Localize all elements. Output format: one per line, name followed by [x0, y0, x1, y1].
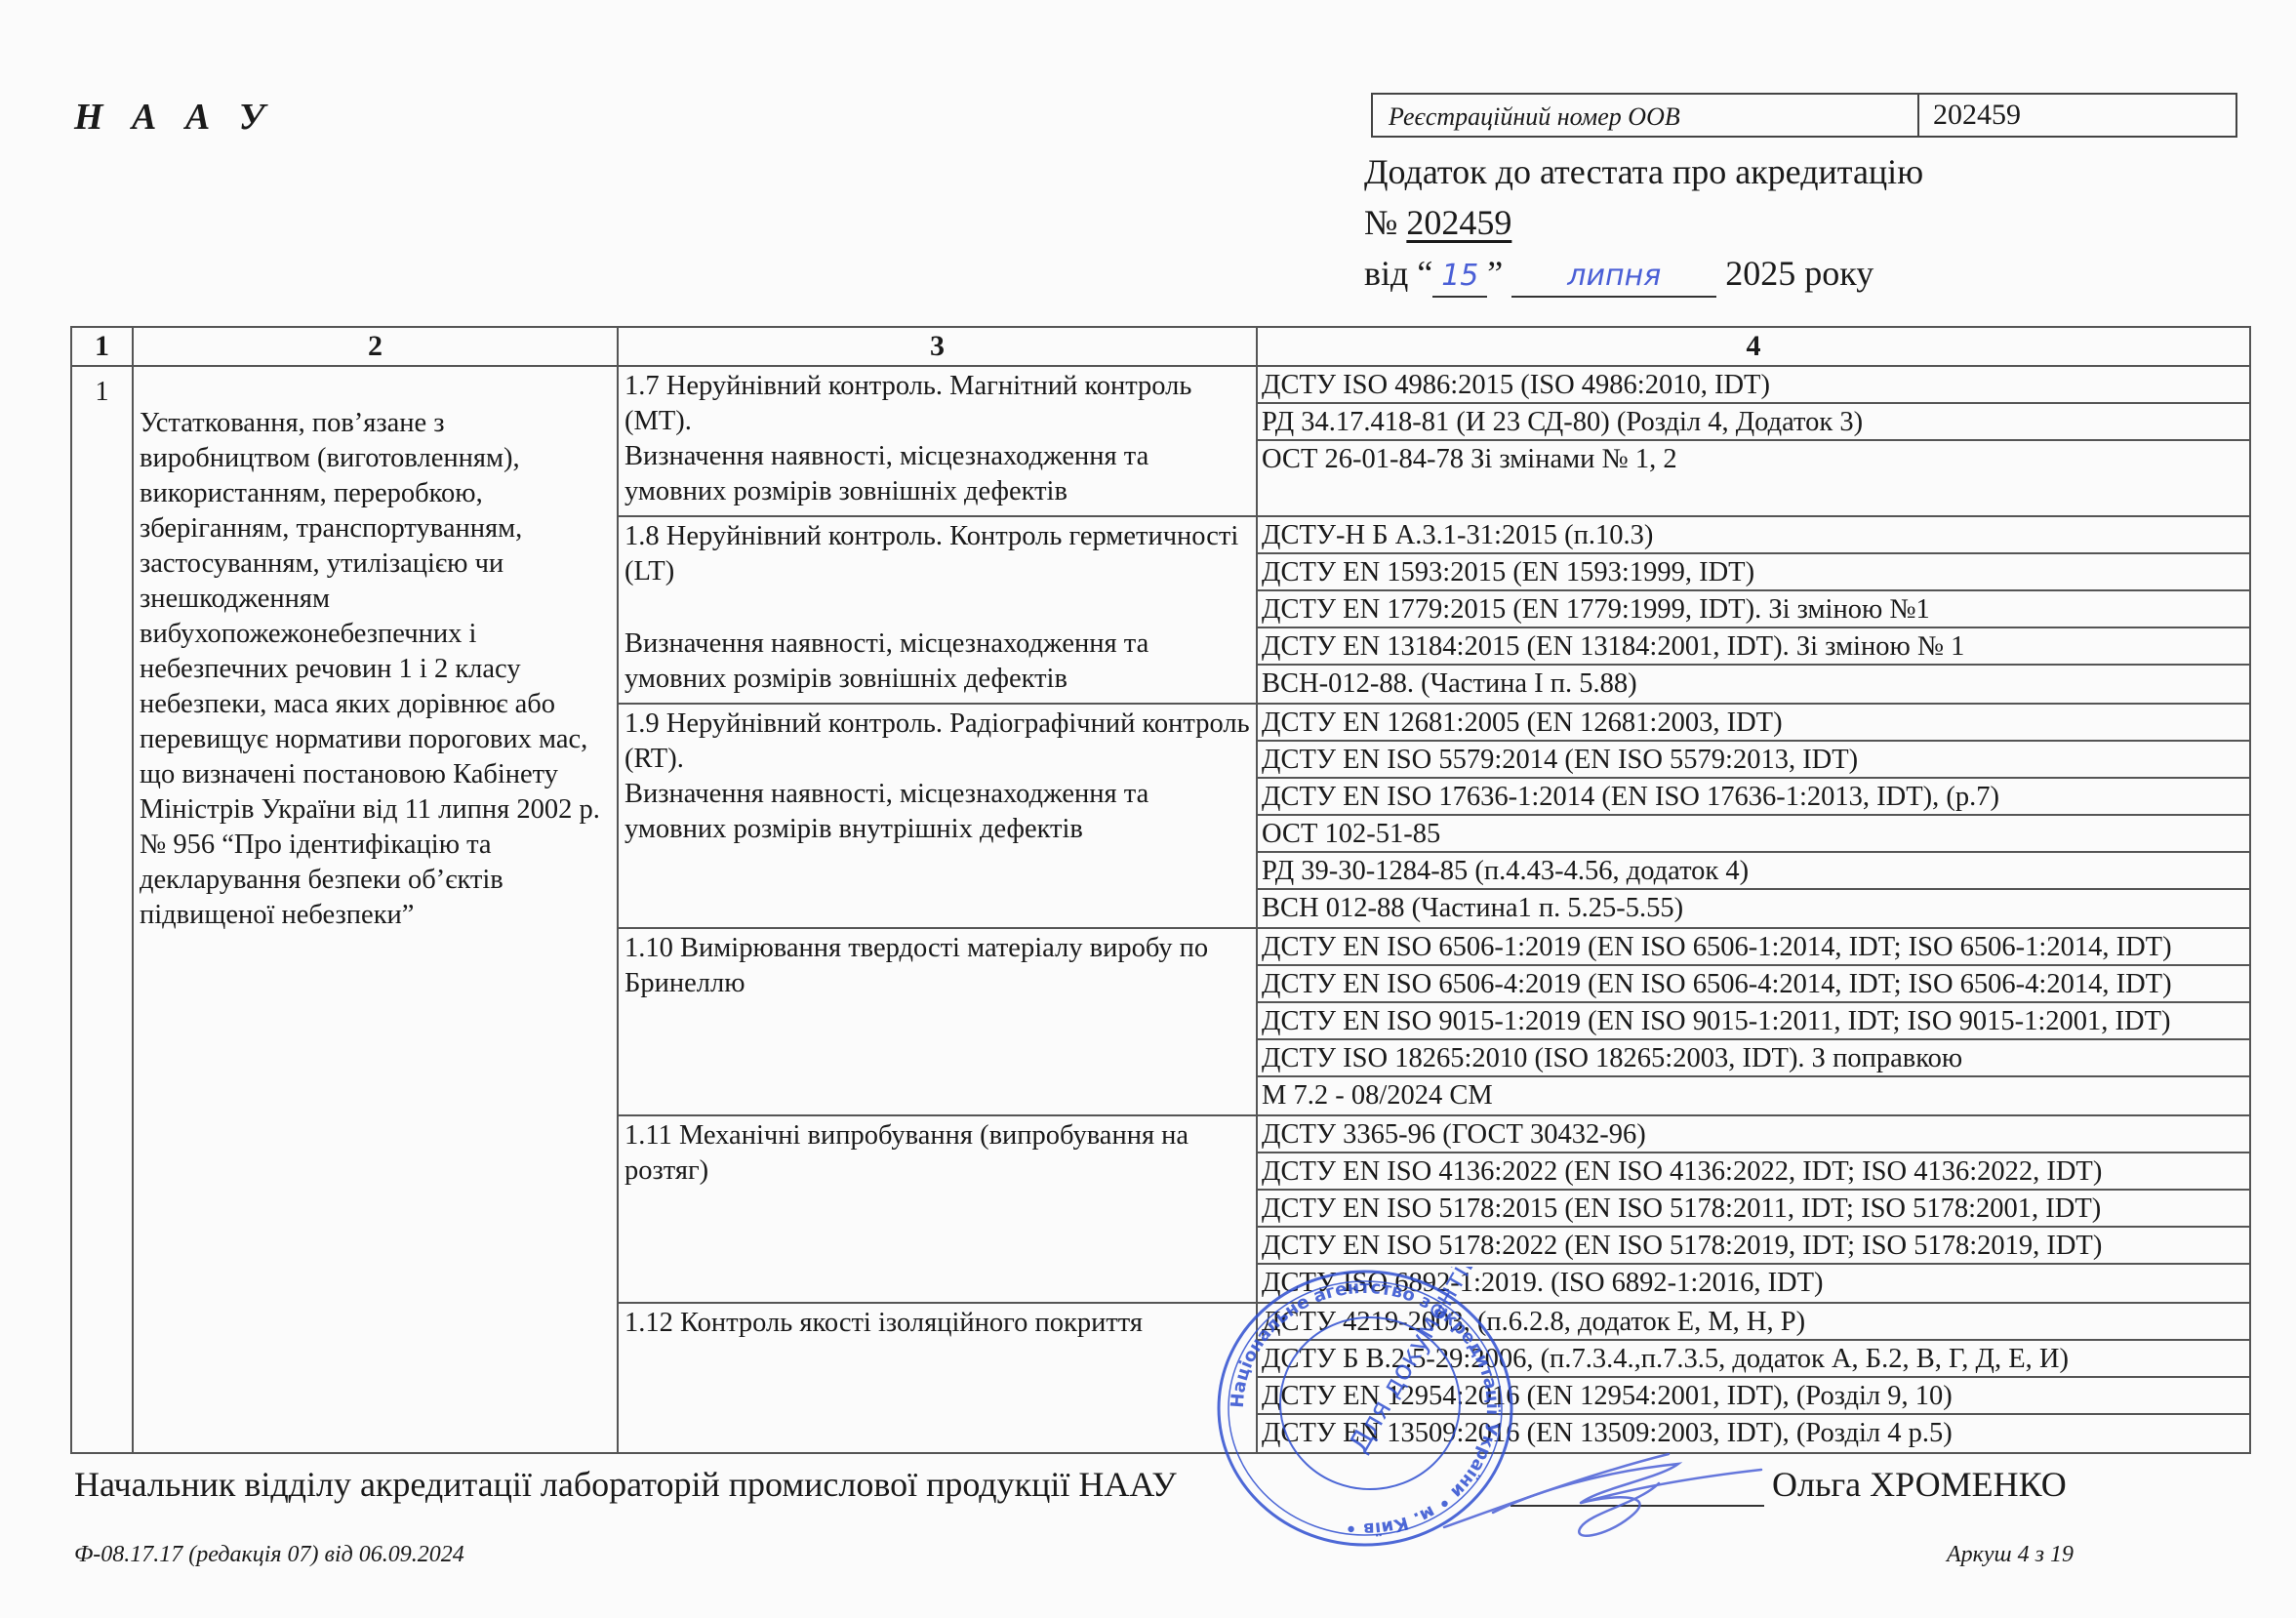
object-description: Устатковання, пов’язане з виробництвом (…	[133, 366, 618, 1453]
form-code: Ф-08.17.17 (редакція 07) від 06.09.2024	[74, 1542, 464, 1568]
column-header-1: 1	[71, 327, 133, 366]
column-header-3: 3	[618, 327, 1257, 366]
signatory-position: Начальник відділу акредитації лабораторі…	[74, 1464, 1177, 1505]
section-description: Визначення наявності, місцезнаходження т…	[624, 627, 1250, 697]
standards-list: ДСТУ-Н Б А.3.1-31:2015 (п.10.3)ДСТУ EN 1…	[1257, 516, 2250, 704]
standard-item: ДСТУ-Н Б А.3.1-31:2015 (п.10.3)	[1258, 517, 2249, 554]
date-mid: ”	[1487, 254, 1503, 293]
section-description: Визначення наявності, місцезнаходження т…	[624, 439, 1250, 509]
annex-number-prefix: №	[1364, 203, 1397, 242]
annex-heading: Додаток до атестата про акредитацію № 20…	[1364, 146, 1923, 299]
standard-item: М 7.2 - 08/2024 СМ	[1258, 1077, 2249, 1114]
column-header-2: 2	[133, 327, 618, 366]
test-section: 1.12 Контроль якості ізоляційного покрит…	[618, 1303, 1257, 1453]
standard-item: ДСТУ EN 1593:2015 (EN 1593:1999, IDT)	[1258, 554, 2249, 591]
standard-item: ВСН 012-88 (Частина1 п. 5.25-5.55)	[1258, 890, 2249, 927]
scope-table: 1 2 3 4 1Устатковання, пов’язане з вироб…	[70, 326, 2251, 1454]
signature-line	[1511, 1505, 1764, 1507]
date-day-handwritten: 15	[1432, 257, 1487, 298]
test-section: 1.11 Механічні випробування (випробуванн…	[618, 1115, 1257, 1303]
standards-list: ДСТУ EN ISO 6506-1:2019 (EN ISO 6506-1:2…	[1257, 928, 2250, 1115]
standard-item: ДСТУ 4219-2003, (п.6.2.8, додаток Е, М, …	[1258, 1304, 2249, 1341]
test-section: 1.7 Неруйнівний контроль. Магнітний конт…	[618, 366, 1257, 516]
column-header-4: 4	[1257, 327, 2250, 366]
standard-item: ДСТУ ISO 4986:2015 (ISO 4986:2010, IDT)	[1258, 367, 2249, 404]
registration-label: Реєстраційний номер ООВ	[1373, 95, 1919, 136]
standard-item: ДСТУ EN ISO 6506-1:2019 (EN ISO 6506-1:2…	[1258, 929, 2249, 966]
standard-item: ДСТУ EN 1779:2015 (EN 1779:1999, IDT). З…	[1258, 591, 2249, 628]
test-section: 1.9 Неруйнівний контроль. Радіографічний…	[618, 704, 1257, 928]
standard-item: ДСТУ EN 12681:2005 (EN 12681:2003, IDT)	[1258, 705, 2249, 742]
date-month-handwritten: липня	[1511, 257, 1716, 298]
standards-list: ДСТУ EN 12681:2005 (EN 12681:2003, IDT)Д…	[1257, 704, 2250, 928]
standard-item: ДСТУ ISO 6892-1:2019. (ISO 6892-1:2016, …	[1258, 1265, 2249, 1302]
annex-number-line: № 202459	[1364, 197, 1923, 248]
row-number: 1	[71, 366, 133, 1453]
table-row: 1Устатковання, пов’язане з виробництвом …	[71, 366, 2250, 516]
signatory-name: Ольга ХРОМЕНКО	[1772, 1464, 2067, 1505]
standards-list: ДСТУ 3365-96 (ГОСТ 30432-96)ДСТУ EN ISO …	[1257, 1115, 2250, 1303]
spacer	[624, 589, 1250, 627]
section-title: 1.8 Неруйнівний контроль. Контроль герме…	[624, 519, 1250, 589]
standard-item: ДСТУ EN ISO 5178:2022 (EN ISO 5178:2019,…	[1258, 1228, 2249, 1265]
section-title: 1.7 Неруйнівний контроль. Магнітний конт…	[624, 369, 1250, 439]
standard-item: ДСТУ EN ISO 17636-1:2014 (EN ISO 17636-1…	[1258, 779, 2249, 816]
annex-number: 202459	[1406, 203, 1511, 242]
section-title: 1.10 Вимірювання твердості матеріалу вир…	[624, 931, 1250, 1001]
annex-date-line: від “15” липня 2025 року	[1364, 248, 1923, 299]
section-description: Визначення наявності, місцезнаходження т…	[624, 777, 1250, 847]
standard-item: ДСТУ EN ISO 9015-1:2019 (EN ISO 9015-1:2…	[1258, 1003, 2249, 1040]
standard-item: ОСТ 102-51-85	[1258, 816, 2249, 853]
standard-item: ДСТУ EN ISO 6506-4:2019 (EN ISO 6506-4:2…	[1258, 966, 2249, 1003]
standard-item: РД 39-30-1284-85 (п.4.43-4.56, додаток 4…	[1258, 853, 2249, 890]
org-abbreviation: Н А А У	[74, 96, 274, 139]
section-title: 1.11 Механічні випробування (випробуванн…	[624, 1118, 1250, 1189]
registration-box: Реєстраційний номер ООВ 202459	[1371, 93, 2237, 138]
test-section: 1.8 Неруйнівний контроль. Контроль герме…	[618, 516, 1257, 704]
standards-list: ДСТУ ISO 4986:2015 (ISO 4986:2010, IDT)Р…	[1257, 366, 2250, 516]
sheet-number: Аркуш 4 з 19	[1947, 1542, 2074, 1568]
standard-item: ДСТУ 3365-96 (ГОСТ 30432-96)	[1258, 1116, 2249, 1153]
section-title: 1.12 Контроль якості ізоляційного покрит…	[624, 1306, 1250, 1341]
standard-item: ДСТУ ISO 18265:2010 (ISO 18265:2003, IDT…	[1258, 1040, 2249, 1077]
standard-item: ДСТУ EN ISO 5579:2014 (EN ISO 5579:2013,…	[1258, 742, 2249, 779]
standard-item: ДСТУ EN 13509:2016 (EN 13509:2003, IDT),…	[1258, 1415, 2249, 1452]
standard-item: ДСТУ EN 12954:2016 (EN 12954:2001, IDT),…	[1258, 1378, 2249, 1415]
standard-item: ДСТУ EN ISO 4136:2022 (EN ISO 4136:2022,…	[1258, 1153, 2249, 1191]
standard-item: ВСН-012-88. (Частина I п. 5.88)	[1258, 666, 2249, 703]
standard-item: РД 34.17.418-81 (И 23 СД-80) (Розділ 4, …	[1258, 404, 2249, 441]
test-section: 1.10 Вимірювання твердості матеріалу вир…	[618, 928, 1257, 1115]
registration-value: 202459	[1919, 95, 2021, 136]
standard-item: ДСТУ Б В.2.5-29:2006, (п.7.3.4.,п.7.3.5,…	[1258, 1341, 2249, 1378]
standard-item: ОСТ 26-01-84-78 Зі змінами № 1, 2	[1258, 441, 2249, 515]
annex-title: Додаток до атестата про акредитацію	[1364, 146, 1923, 197]
table-header-row: 1 2 3 4	[71, 327, 2250, 366]
date-prefix: від “	[1364, 254, 1432, 293]
standards-list: ДСТУ 4219-2003, (п.6.2.8, додаток Е, М, …	[1257, 1303, 2250, 1453]
standard-item: ДСТУ EN ISO 5178:2015 (EN ISO 5178:2011,…	[1258, 1191, 2249, 1228]
section-title: 1.9 Неруйнівний контроль. Радіографічний…	[624, 707, 1250, 777]
standard-item: ДСТУ EN 13184:2015 (EN 13184:2001, IDT).…	[1258, 628, 2249, 666]
date-suffix: 2025 року	[1725, 254, 1873, 293]
